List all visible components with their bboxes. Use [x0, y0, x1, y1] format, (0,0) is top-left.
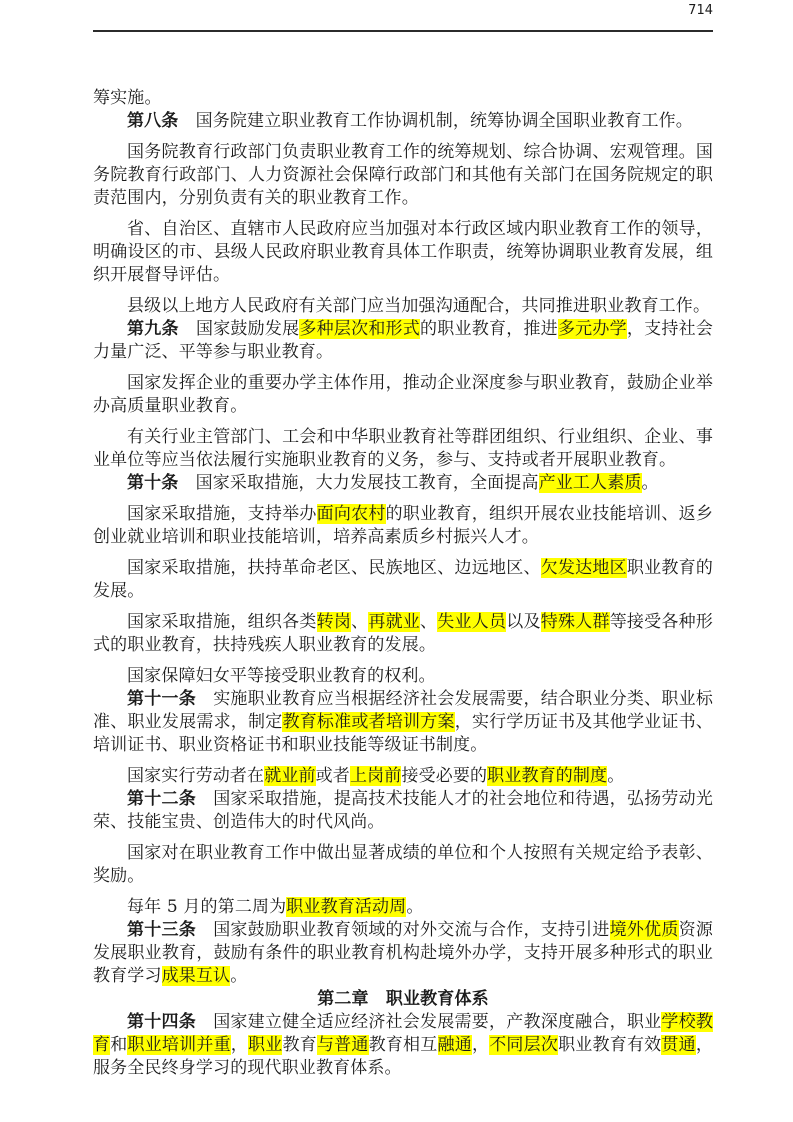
body-paragraph: 有关行业主管部门、工会和中华职业教育社等群团组织、行业组织、企业、事业单位等应当…: [93, 426, 713, 472]
highlighted-text: 职业: [248, 1035, 282, 1055]
body-paragraph: 省、自治区、直辖市人民政府应当加强对本行政区域内职业教育工作的领导，明确设区的市…: [93, 218, 713, 287]
text-segment: 县级以上地方人民政府有关部门应当加强沟通配合，共同推进职业教育工作。: [127, 296, 710, 316]
highlighted-text: 多种层次和形式: [299, 319, 420, 339]
highlighted-text: 不同层次: [489, 1035, 558, 1055]
highlighted-text: 再就业: [368, 612, 420, 632]
highlighted-text: 职业培训并重: [127, 1035, 230, 1055]
text-segment: 、: [420, 612, 437, 632]
highlighted-text: 贯通: [661, 1035, 695, 1055]
text-segment: 教育相互: [369, 1035, 438, 1055]
continuation-paragraph: 筹实施。: [93, 87, 713, 110]
article-paragraph: 第十三条 国家鼓励职业教育领域的对外交流与合作，支持引进境外优质资源发展职业教育…: [93, 919, 713, 988]
article-number: 第十条: [127, 473, 178, 493]
text-segment: 有关行业主管部门、工会和中华职业教育社等群团组织、行业组织、企业、事业单位等应当…: [93, 427, 713, 470]
article-number: 第十三条: [127, 920, 196, 940]
body-paragraph: 国家保障妇女平等接受职业教育的权利。: [93, 665, 713, 688]
text-segment: 国家鼓励职业教育领域的对外交流与合作，支持引进: [196, 920, 610, 940]
article-paragraph: 第十条 国家采取措施，大力发展技工教育，全面提高产业工人素质。: [93, 472, 713, 495]
text-segment: 、: [351, 612, 368, 632]
text-segment: 和: [110, 1035, 127, 1055]
highlighted-text: 教育标准或者培训方案: [282, 712, 454, 732]
text-segment: 教育: [282, 1035, 316, 1055]
text-segment: 国家实行劳动者在: [127, 766, 264, 786]
article-paragraph: 第十一条 实施职业教育应当根据经济社会发展需要，结合职业分类、职业标准、职业发展…: [93, 688, 713, 757]
text-segment: 接受必要的: [401, 766, 487, 786]
highlighted-text: 融通: [438, 1035, 472, 1055]
body-paragraph: 国家采取措施，组织各类转岗、再就业、失业人员以及特殊人群等接受各种形式的职业教育…: [93, 611, 713, 657]
chapter-heading: 第二章 职业教育体系: [93, 988, 713, 1011]
highlighted-text: 职业教育活动周: [286, 897, 406, 917]
highlighted-text: 就业前: [264, 766, 315, 786]
text-segment: 国家发挥企业的重要办学主体作用，推动企业深度参与职业教育，鼓励企业举办高质量职业…: [93, 373, 713, 416]
highlighted-text: 成果互认: [162, 966, 231, 986]
article-number: 第十四条: [127, 1012, 196, 1032]
text-segment: 。: [230, 966, 247, 986]
text-segment: 国家建立健全适应经济社会发展需要，产教深度融合，职业: [196, 1012, 661, 1032]
page-number: 714: [93, 3, 713, 18]
highlighted-text: 面向农村: [317, 504, 386, 524]
highlighted-text: 多元办学: [558, 319, 627, 339]
body-paragraph: 国家对在职业教育工作中做出显著成绩的单位和个人按照有关规定给予表彰、奖励。: [93, 842, 713, 888]
article-paragraph: 第九条 国家鼓励发展多种层次和形式的职业教育，推进多元办学，支持社会力量广泛、平…: [93, 318, 713, 364]
body-paragraph: 县级以上地方人民政府有关部门应当加强沟通配合，共同推进职业教育工作。: [93, 295, 713, 318]
text-segment: 国务院教育行政部门负责职业教育工作的统筹规划、综合协调、宏观管理。国务院教育行政…: [93, 142, 713, 208]
body-paragraph: 国家采取措施，扶持革命老区、民族地区、边远地区、欠发达地区职业教育的发展。: [93, 557, 713, 603]
text-segment: 国家采取措施，支持举办: [127, 504, 317, 524]
article-number: 第十一条: [127, 689, 196, 709]
highlighted-text: 特殊人群: [541, 612, 610, 632]
text-segment: 每年 5 月的第二周为: [127, 897, 286, 917]
text-segment: 国务院建立职业教育工作协调机制，统筹协调全国职业教育工作。: [178, 111, 693, 131]
highlighted-text: 产业工人素质: [539, 473, 642, 493]
text-segment: 。: [406, 897, 423, 917]
article-paragraph: 第十四条 国家建立健全适应经济社会发展需要，产教深度融合，职业学校教育和职业培训…: [93, 1011, 713, 1080]
text-segment: 国家对在职业教育工作中做出显著成绩的单位和个人按照有关规定给予表彰、奖励。: [93, 843, 713, 886]
text-segment: 国家采取措施，大力发展技工教育，全面提高: [178, 473, 538, 493]
article-number: 第十二条: [127, 789, 196, 809]
body-paragraph: 国家实行劳动者在就业前或者上岗前接受必要的职业教育的制度。: [93, 765, 713, 788]
article-paragraph: 第十二条 国家采取措施，提高技术技能人才的社会地位和待遇，弘扬劳动光荣、技能宝贵…: [93, 788, 713, 834]
text-segment: 职业教育有效: [558, 1035, 661, 1055]
body-paragraph: 每年 5 月的第二周为职业教育活动周。: [93, 896, 713, 919]
highlighted-text: 欠发达地区: [541, 558, 627, 578]
document-page: 714 筹实施。第八条 国务院建立职业教育工作协调机制，统筹协调全国职业教育工作…: [0, 0, 793, 1122]
text-segment: 或者: [316, 766, 350, 786]
article-paragraph: 第八条 国务院建立职业教育工作协调机制，统筹协调全国职业教育工作。: [93, 110, 713, 133]
text-segment: 省、自治区、直辖市人民政府应当加强对本行政区域内职业教育工作的领导，明确设区的市…: [93, 219, 713, 285]
text-segment: 国家采取措施，扶持革命老区、民族地区、边远地区、: [127, 558, 541, 578]
text-segment: ，: [472, 1035, 489, 1055]
highlighted-text: 与普通: [317, 1035, 369, 1055]
text-segment: 的职业教育，推进: [420, 319, 558, 339]
text-segment: ，: [231, 1035, 248, 1055]
body-paragraph: 国务院教育行政部门负责职业教育工作的统筹规划、综合协调、宏观管理。国务院教育行政…: [93, 141, 713, 210]
article-number: 第九条: [127, 319, 179, 339]
body-paragraph: 国家采取措施，支持举办面向农村的职业教育，组织开展农业技能培训、返乡创业就业培训…: [93, 503, 713, 549]
text-segment: 。: [607, 766, 624, 786]
text-segment: 以及: [506, 612, 540, 632]
text-segment: 筹实施。: [93, 88, 162, 108]
highlighted-text: 职业教育的制度: [487, 766, 607, 786]
header-rule: [93, 30, 713, 32]
highlighted-text: 失业人员: [437, 612, 506, 632]
text-segment: 第二章 职业教育体系: [317, 989, 489, 1009]
text-segment: 国家采取措施，组织各类: [127, 612, 317, 632]
document-body: 筹实施。第八条 国务院建立职业教育工作协调机制，统筹协调全国职业教育工作。国务院…: [93, 87, 713, 1080]
text-segment: 国家保障妇女平等接受职业教育的权利。: [127, 666, 436, 686]
body-paragraph: 国家发挥企业的重要办学主体作用，推动企业深度参与职业教育，鼓励企业举办高质量职业…: [93, 372, 713, 418]
highlighted-text: 转岗: [317, 612, 351, 632]
highlighted-text: 上岗前: [350, 766, 401, 786]
text-segment: 国家鼓励发展: [179, 319, 300, 339]
article-number: 第八条: [127, 111, 178, 131]
highlighted-text: 境外优质: [610, 920, 679, 940]
text-segment: 。: [642, 473, 659, 493]
